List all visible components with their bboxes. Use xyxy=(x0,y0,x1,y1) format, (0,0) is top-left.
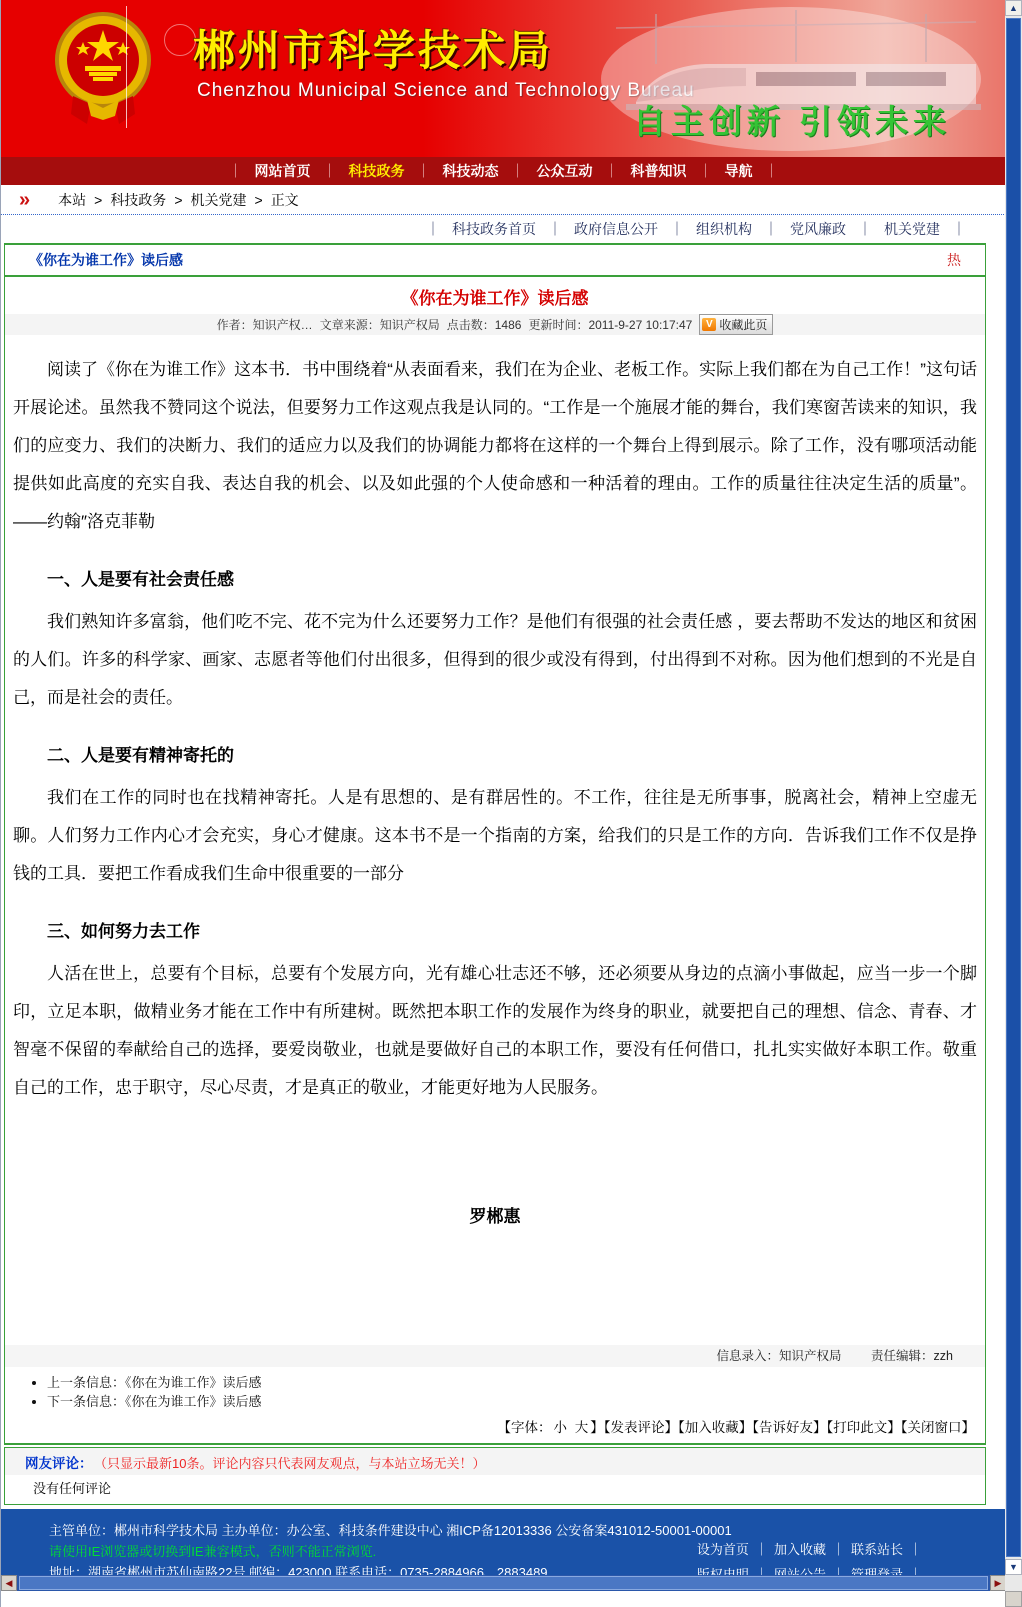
separator: ｜ xyxy=(511,161,525,181)
site-title: 郴州市科学技术局 xyxy=(193,18,553,78)
toolbar-action[interactable]: 【告诉好友】 xyxy=(752,1420,826,1435)
article-title: 《你在为谁工作》读后感 xyxy=(5,277,985,314)
header-divider-line xyxy=(126,6,127,128)
bookmark-button[interactable]: V 收藏此页 xyxy=(699,314,773,335)
page: 郴州市科学技术局 Chenzhou Municipal Science and … xyxy=(1,0,1006,1591)
subnav-item-科技政务首页[interactable]: 科技政务首页 xyxy=(452,219,536,239)
subnav-item-机关党建[interactable]: 机关党建 xyxy=(884,219,940,239)
vertical-scrollbar[interactable]: ▲ ▼ xyxy=(1005,0,1022,1591)
vertical-scroll-thumb[interactable] xyxy=(1006,18,1021,1557)
nav-item-科技动态[interactable]: 科技动态 xyxy=(443,161,499,181)
article-signature: 罗郴惠 xyxy=(5,1202,985,1227)
body-paragraph: 人活在世上，总要有个目标，总要有个发展方向，光有雄心壮志还不够，还必须要从身边的… xyxy=(13,955,977,1107)
separator: ｜ xyxy=(229,161,243,181)
meta-source: 文章来源：知识产权局 xyxy=(320,316,440,333)
prev-next-list: 上一条信息：《你在为谁工作》读后感 下一条信息：《你在为谁工作》读后感 xyxy=(5,1367,985,1413)
entry-info: 信息录入：知识产权局 xyxy=(717,1349,842,1363)
scroll-left-button[interactable]: ◀ xyxy=(1,1575,17,1591)
toolbar-action[interactable]: 【打印此文】 xyxy=(827,1420,901,1435)
next-item: 下一条信息：《你在为谁工作》读后感 xyxy=(47,1392,985,1411)
sub-nav: ｜科技政务首页｜政府信息公开｜组织机构｜党风廉政｜机关党建｜ xyxy=(1,215,1006,243)
article-toolbar: 【字体：小 大】【发表评论】【加入收藏】【告诉好友】【打印此文】【关闭窗口】 xyxy=(5,1413,985,1445)
spacer xyxy=(5,1227,985,1345)
separator: ｜ xyxy=(605,161,619,181)
meta-author: 作者：知识产权… xyxy=(217,316,313,333)
separator: ｜ xyxy=(765,161,779,181)
toolbar-action[interactable]: 【加入收藏】 xyxy=(678,1420,752,1435)
header-deco-circle xyxy=(164,24,196,56)
section-heading: 二、人是要有精神寄托的 xyxy=(13,743,977,769)
subnav-item-组织机构[interactable]: 组织机构 xyxy=(696,219,752,239)
breadcrumb-item: 正文 xyxy=(271,192,299,208)
horizontal-scrollbar[interactable]: ◀ ▶ xyxy=(1,1575,1006,1591)
separator: ｜ xyxy=(670,219,684,239)
section-heading: 三、如何努力去工作 xyxy=(13,919,977,945)
separator: ｜ xyxy=(858,219,872,239)
font-small-button[interactable]: 小 xyxy=(553,1420,567,1435)
breadcrumb-item[interactable]: 本站 xyxy=(58,192,86,208)
breadcrumb-items: 本站>科技政务>机关党建>正文 xyxy=(58,190,307,210)
footer-link-设为首页[interactable]: 设为首页 xyxy=(697,1542,749,1557)
body-paragraph: 阅读了《你在为谁工作》这本书．书中围绕着“从表面看来，我们在为企业、老板工作。实… xyxy=(13,351,977,541)
national-emblem xyxy=(53,8,153,128)
separator: ｜ xyxy=(952,219,966,239)
meta-updated: 更新时间：2011-9-27 10:17:47 xyxy=(528,316,692,333)
breadcrumb-item[interactable]: 科技政务 xyxy=(110,192,166,208)
nav-item-科普知识[interactable]: 科普知识 xyxy=(631,161,687,181)
bookmark-v-icon: V xyxy=(702,318,716,331)
article-meta: 作者：知识产权… 文章来源：知识产权局 点击数：1486 更新时间：2011-9… xyxy=(5,314,985,335)
separator: ｜ xyxy=(426,219,440,239)
body-paragraph: 我们熟知许多富翁，他们吃不完、花不完为什么还要努力工作？是他们有很强的社会责任感… xyxy=(13,603,977,717)
article-titlebar: 《你在为谁工作》读后感 热 xyxy=(5,243,985,277)
separator: ｜ xyxy=(323,161,337,181)
prev-item: 上一条信息：《你在为谁工作》读后感 xyxy=(47,1373,985,1392)
header-banner: 郴州市科学技术局 Chenzhou Municipal Science and … xyxy=(1,0,1006,157)
comments-section: 网友评论：（只显示最新10条。评论内容只代表网友观点，与本站立场无关！） 没有任… xyxy=(4,1447,986,1505)
separator: ｜ xyxy=(909,1542,922,1557)
footer-link-加入收藏[interactable]: 加入收藏 xyxy=(774,1542,826,1557)
editor-info: 责任编辑：zzh xyxy=(871,1349,953,1363)
section-heading: 一、人是要有社会责任感 xyxy=(13,567,977,593)
comments-title: 网友评论： xyxy=(25,1456,93,1471)
prev-link[interactable]: 《你在为谁工作》读后感 xyxy=(125,1375,262,1390)
separator: ｜ xyxy=(417,161,431,181)
breadcrumb-item[interactable]: 机关党建 xyxy=(191,192,247,208)
breadcrumb: » 本站>科技政务>机关党建>正文 xyxy=(1,185,1006,215)
comments-header: 网友评论：（只显示最新10条。评论内容只代表网友观点，与本站立场无关！） xyxy=(5,1448,985,1475)
nav-item-公众互动[interactable]: 公众互动 xyxy=(537,161,593,181)
subnav-item-政府信息公开[interactable]: 政府信息公开 xyxy=(574,219,658,239)
scrollbar-corner xyxy=(1005,1591,1022,1607)
titlebar-link[interactable]: 《你在为谁工作》读后感 xyxy=(29,250,183,270)
next-link[interactable]: 《你在为谁工作》读后感 xyxy=(125,1394,262,1409)
nav-item-导航[interactable]: 导航 xyxy=(725,161,753,181)
main-content-box: 《你在为谁工作》读后感 热 《你在为谁工作》读后感 作者：知识产权… 文章来源：… xyxy=(4,243,986,1445)
scroll-down-button[interactable]: ▼ xyxy=(1005,1559,1022,1575)
separator: ｜ xyxy=(832,1542,845,1557)
nav-item-网站首页[interactable]: 网站首页 xyxy=(255,161,311,181)
hot-badge: 热 xyxy=(947,250,961,270)
body-paragraph: 我们在工作的同时也在找精神寄托。人是有思想的、是有群居性的。不工作，往往是无所事… xyxy=(13,779,977,893)
font-big-button[interactable]: 大 xyxy=(575,1420,589,1435)
comments-empty-text: 没有任何评论 xyxy=(5,1475,985,1504)
meta-clicks: 点击数：1486 xyxy=(447,316,522,333)
toolbar-action[interactable]: 【关闭窗口】 xyxy=(901,1420,975,1435)
nav-item-科技政务[interactable]: 科技政务 xyxy=(349,161,405,181)
article-body: 阅读了《你在为谁工作》这本书．书中围绕着“从表面看来，我们在为企业、老板工作。实… xyxy=(5,335,985,1107)
slogan-text: 自主创新 引领未来 xyxy=(633,96,951,143)
breadcrumb-separator: > xyxy=(255,192,263,208)
separator: ｜ xyxy=(755,1542,768,1557)
toolbar-action[interactable]: 【发表评论】 xyxy=(604,1420,678,1435)
breadcrumb-marker-icon: » xyxy=(19,190,30,210)
separator: ｜ xyxy=(764,219,778,239)
entry-info-bar: 信息录入：知识产权局 责任编辑：zzh xyxy=(5,1345,985,1367)
horizontal-scroll-thumb[interactable] xyxy=(19,1576,988,1590)
subnav-item-党风廉政[interactable]: 党风廉政 xyxy=(790,219,846,239)
separator: ｜ xyxy=(699,161,713,181)
comments-note: （只显示最新10条。评论内容只代表网友观点，与本站立场无关！） xyxy=(101,1456,486,1471)
main-nav: ｜网站首页｜科技政务｜科技动态｜公众互动｜科普知识｜导航｜ xyxy=(1,157,1006,185)
breadcrumb-separator: > xyxy=(174,192,182,208)
separator: ｜ xyxy=(548,219,562,239)
footer-links-row1: 设为首页｜加入收藏｜联系站长｜ xyxy=(697,1537,928,1562)
scroll-up-button[interactable]: ▲ xyxy=(1005,0,1022,16)
breadcrumb-separator: > xyxy=(94,192,102,208)
scroll-right-button[interactable]: ▶ xyxy=(990,1575,1006,1591)
font-label: 【字体： xyxy=(497,1420,551,1435)
footer-link-联系站长[interactable]: 联系站长 xyxy=(851,1542,903,1557)
